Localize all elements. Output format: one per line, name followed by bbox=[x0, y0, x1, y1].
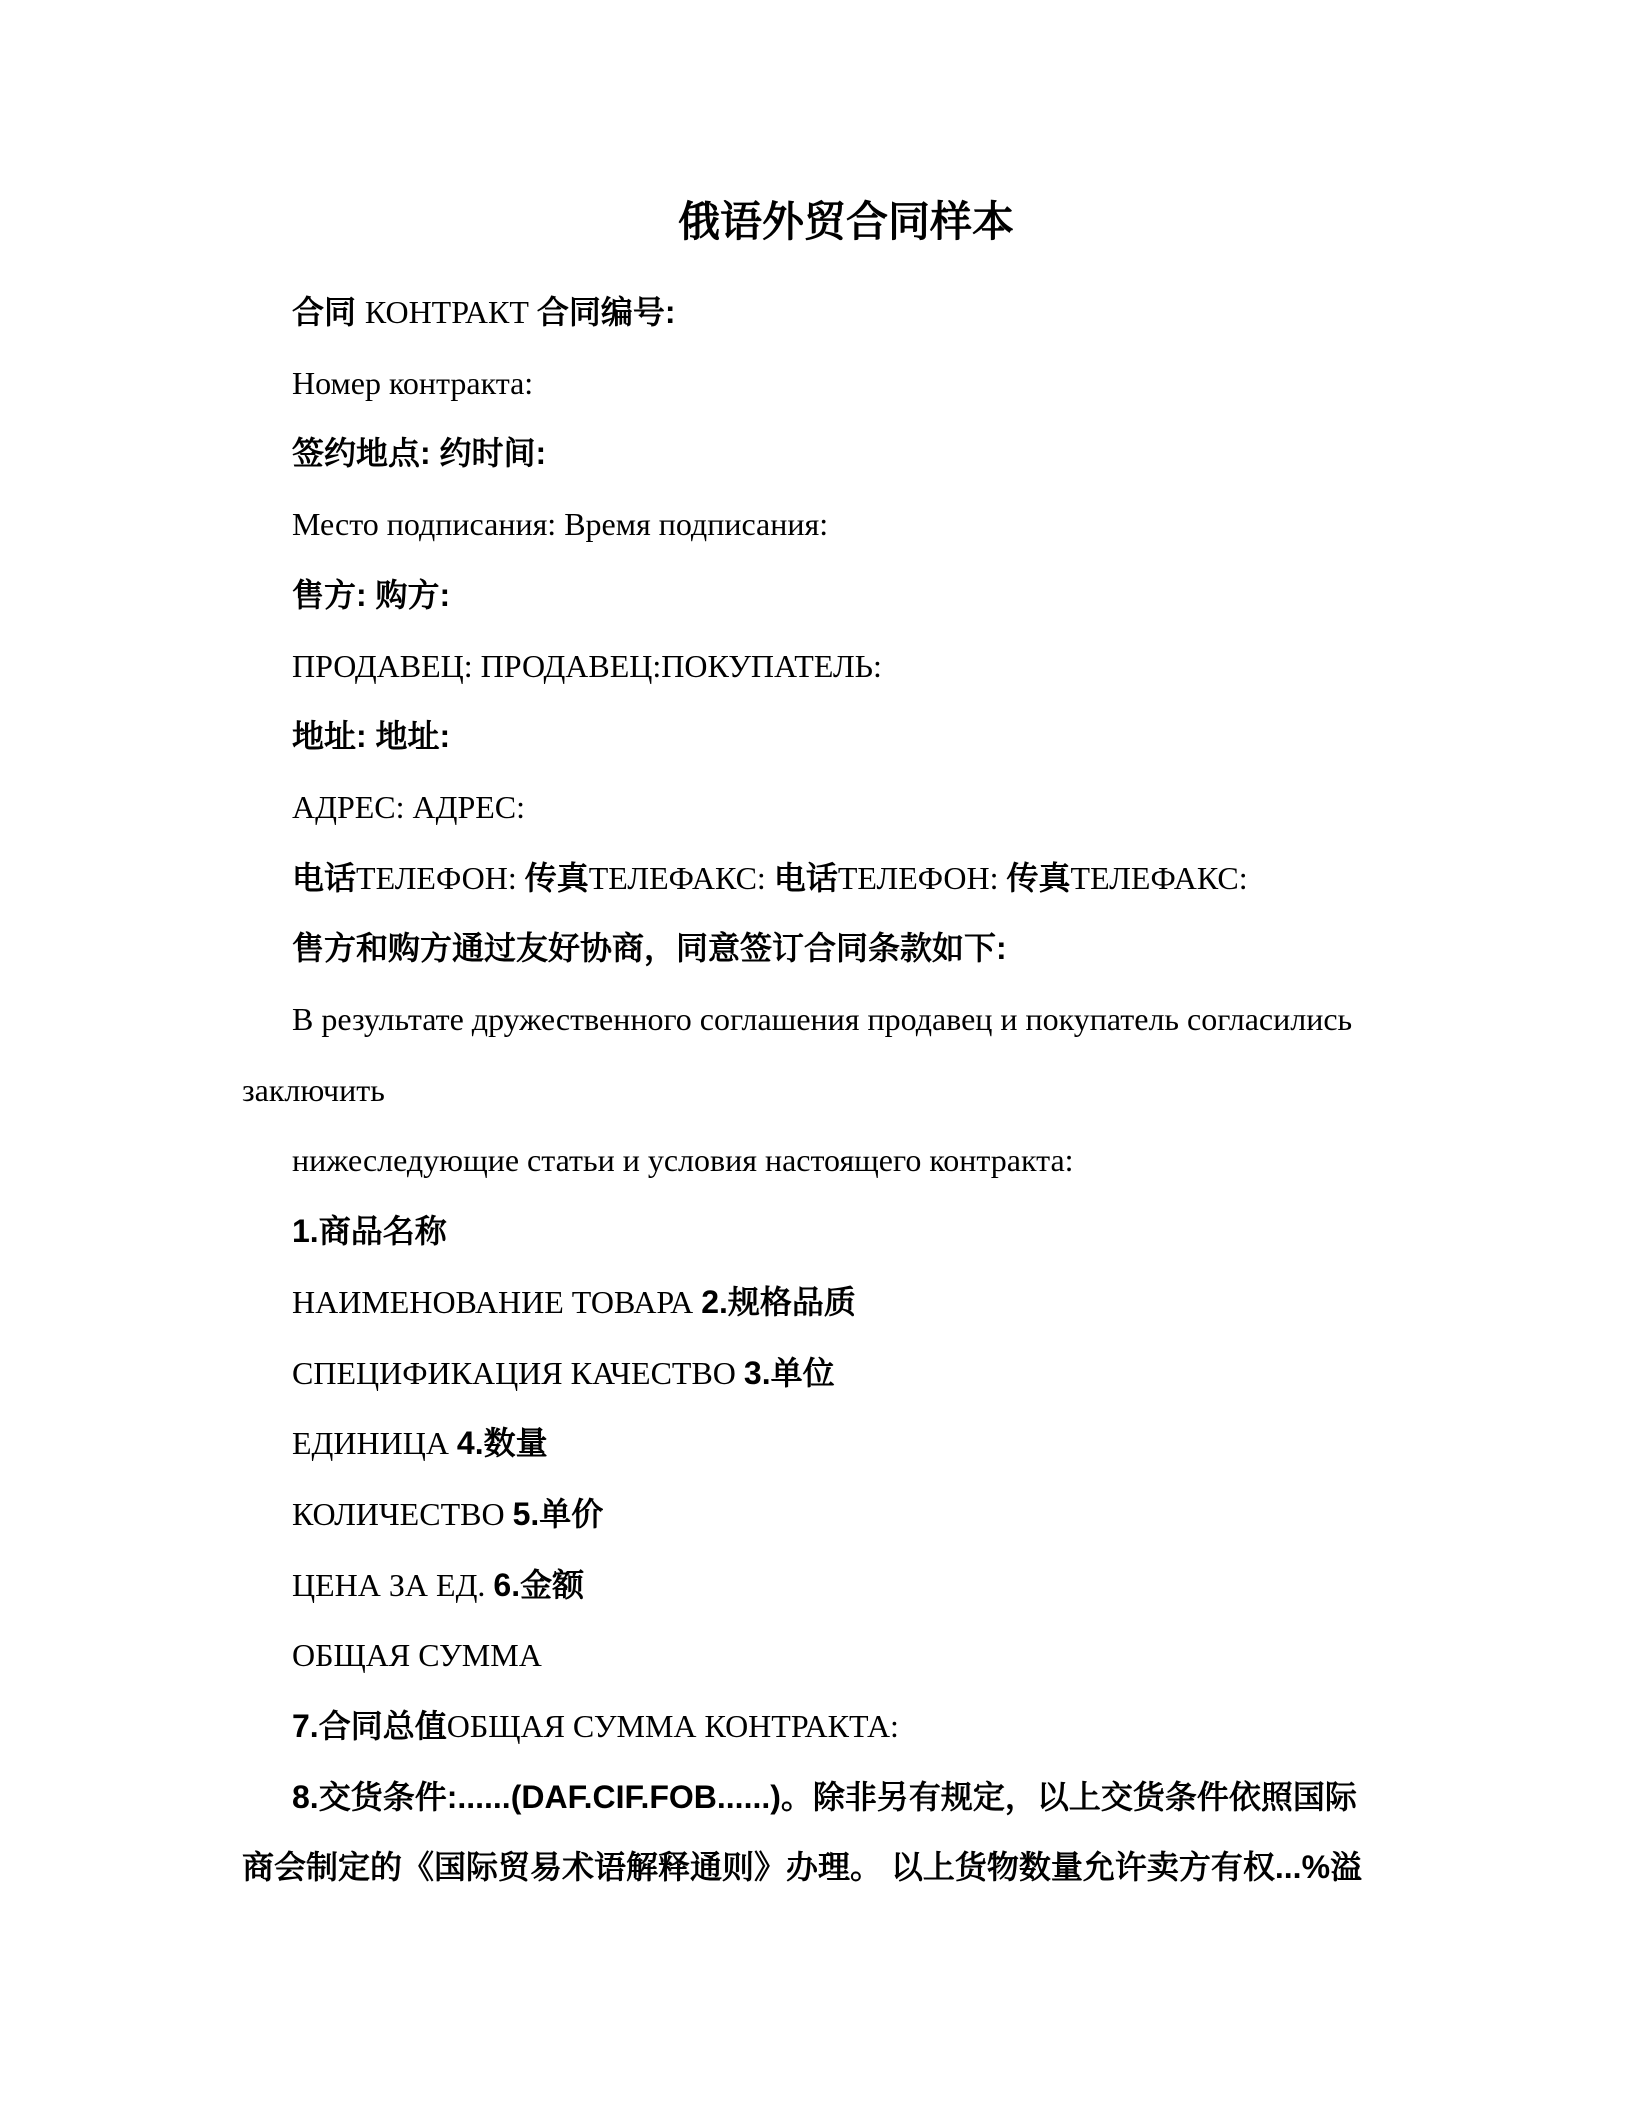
paragraph-line: нижеследующие статьи и условия настоящег… bbox=[242, 1125, 1402, 1196]
chinese-text-segment: 1.商品名称 bbox=[292, 1213, 447, 1249]
paragraph-line: СПЕЦИФИКАЦИЯ КАЧЕСТВО 3.单位 bbox=[242, 1338, 1402, 1409]
chinese-text-segment: 电话 bbox=[774, 860, 838, 896]
chinese-text-segment: 签约地点: 约时间: bbox=[292, 435, 546, 471]
chinese-text-segment: 7.合同总值 bbox=[292, 1708, 447, 1744]
russian-text-segment: АДРЕС: АДРЕС: bbox=[292, 789, 525, 825]
paragraph-line: 售方和购方通过友好协商，同意签订合同条款如下: bbox=[242, 913, 1402, 984]
paragraph-line: 商会制定的《国际贸易术语解释通则》办理。 以上货物数量允许卖方有权...%溢 bbox=[242, 1832, 1402, 1903]
chinese-text-segment: 3.单位 bbox=[744, 1355, 835, 1391]
chinese-text-segment: 传真 bbox=[1007, 860, 1071, 896]
chinese-text-segment: 合同 bbox=[292, 294, 365, 330]
contract-document-page: 俄语外贸合同样本 合同 КОНТРАКТ 合同编号:Номер контракт… bbox=[0, 0, 1632, 2112]
russian-text-segment: нижеследующие статьи и условия настоящег… bbox=[292, 1142, 1074, 1178]
paragraph-line: ОБЩАЯ СУММА bbox=[242, 1620, 1402, 1691]
russian-text-segment: НАИМЕНОВАНИЕ ТОВАРА bbox=[292, 1284, 701, 1320]
russian-text-segment: СПЕЦИФИКАЦИЯ КАЧЕСТВО bbox=[292, 1355, 744, 1391]
paragraph-line: КОЛИЧЕСТВО 5.单价 bbox=[242, 1479, 1402, 1550]
chinese-text-segment: 2.规格品质 bbox=[701, 1284, 856, 1320]
chinese-text-segment: 售方和购方通过友好协商，同意签订合同条款如下: bbox=[292, 930, 1007, 966]
chinese-text-segment: 售方: 购方: bbox=[292, 577, 450, 613]
russian-text-segment: ТЕЛЕФОН: bbox=[838, 860, 1007, 896]
document-title: 俄语外贸合同样本 bbox=[272, 197, 1420, 247]
chinese-text-segment: 地址: 地址: bbox=[292, 718, 450, 754]
chinese-text-segment: 5.单价 bbox=[513, 1496, 604, 1532]
paragraph-line: 地址: 地址: bbox=[242, 701, 1402, 772]
paragraph-line: ЦЕНА ЗА ЕД. 6.金额 bbox=[242, 1550, 1402, 1621]
paragraph-line: НАИМЕНОВАНИЕ ТОВАРА 2.规格品质 bbox=[242, 1267, 1402, 1338]
paragraph-line: 8.交货条件:......(DAF.CIF.FOB......)。除非另有规定，… bbox=[242, 1762, 1402, 1833]
russian-text-segment: Место подписания: Время подписания: bbox=[292, 506, 828, 542]
paragraph-line: Место подписания: Время подписания: bbox=[242, 489, 1402, 560]
russian-text-segment: ЕДИНИЦА bbox=[292, 1425, 457, 1461]
russian-text-segment: Номер контракта: bbox=[292, 365, 533, 401]
paragraph-line: 1.商品名称 bbox=[242, 1196, 1402, 1267]
russian-text-segment: ТЕЛЕФОН: bbox=[356, 860, 525, 896]
paragraph-line: ЕДИНИЦА 4.数量 bbox=[242, 1408, 1402, 1479]
chinese-text-segment: 4.数量 bbox=[457, 1425, 548, 1461]
paragraph-line: заключить bbox=[242, 1055, 1402, 1126]
chinese-text-segment: 商会制定的《国际贸易术语解释通则》办理。 以上货物数量允许卖方有权...%溢 bbox=[242, 1849, 1362, 1885]
russian-text-segment: КОЛИЧЕСТВО bbox=[292, 1496, 513, 1532]
russian-text-segment: заключить bbox=[242, 1072, 385, 1108]
chinese-text-segment: 传真 bbox=[525, 860, 589, 896]
paragraph-line: Номер контракта: bbox=[242, 348, 1402, 419]
russian-text-segment: ОБЩАЯ СУММА КОНТРАКТА: bbox=[447, 1708, 899, 1744]
paragraph-line: 合同 КОНТРАКТ 合同编号: bbox=[242, 277, 1402, 348]
paragraph-line: ПРОДАВЕЦ: ПРОДАВЕЦ:ПОКУПАТЕЛЬ: bbox=[242, 631, 1402, 702]
russian-text-segment: ОБЩАЯ СУММА bbox=[292, 1637, 542, 1673]
paragraph-line: 售方: 购方: bbox=[242, 560, 1402, 631]
russian-text-segment: ЦЕНА ЗА ЕД. bbox=[292, 1567, 493, 1603]
russian-text-segment: ПРОДАВЕЦ: ПРОДАВЕЦ:ПОКУПАТЕЛЬ: bbox=[292, 648, 882, 684]
paragraph-line: 7.合同总值ОБЩАЯ СУММА КОНТРАКТА: bbox=[242, 1691, 1402, 1762]
russian-text-segment: ТЕЛЕФАКС: bbox=[589, 860, 774, 896]
russian-text-segment: В результате дружественного соглашения п… bbox=[292, 1001, 1352, 1037]
paragraph-line: В результате дружественного соглашения п… bbox=[242, 984, 1402, 1055]
russian-text-segment: КОНТРАКТ bbox=[365, 294, 537, 330]
chinese-text-segment: 8.交货条件:......(DAF.CIF.FOB......)。除非另有规定，… bbox=[292, 1779, 1357, 1815]
russian-text-segment: ТЕЛЕФАКС: bbox=[1071, 860, 1248, 896]
paragraph-line: 电话ТЕЛЕФОН: 传真ТЕЛЕФАКС: 电话ТЕЛЕФОН: 传真ТЕЛЕ… bbox=[242, 843, 1402, 914]
chinese-text-segment: 电话 bbox=[292, 860, 356, 896]
chinese-text-segment: 6.金额 bbox=[493, 1567, 584, 1603]
chinese-text-segment: 合同编号: bbox=[537, 294, 676, 330]
paragraph-line: АДРЕС: АДРЕС: bbox=[242, 772, 1402, 843]
paragraph-line: 签约地点: 约时间: bbox=[242, 418, 1402, 489]
